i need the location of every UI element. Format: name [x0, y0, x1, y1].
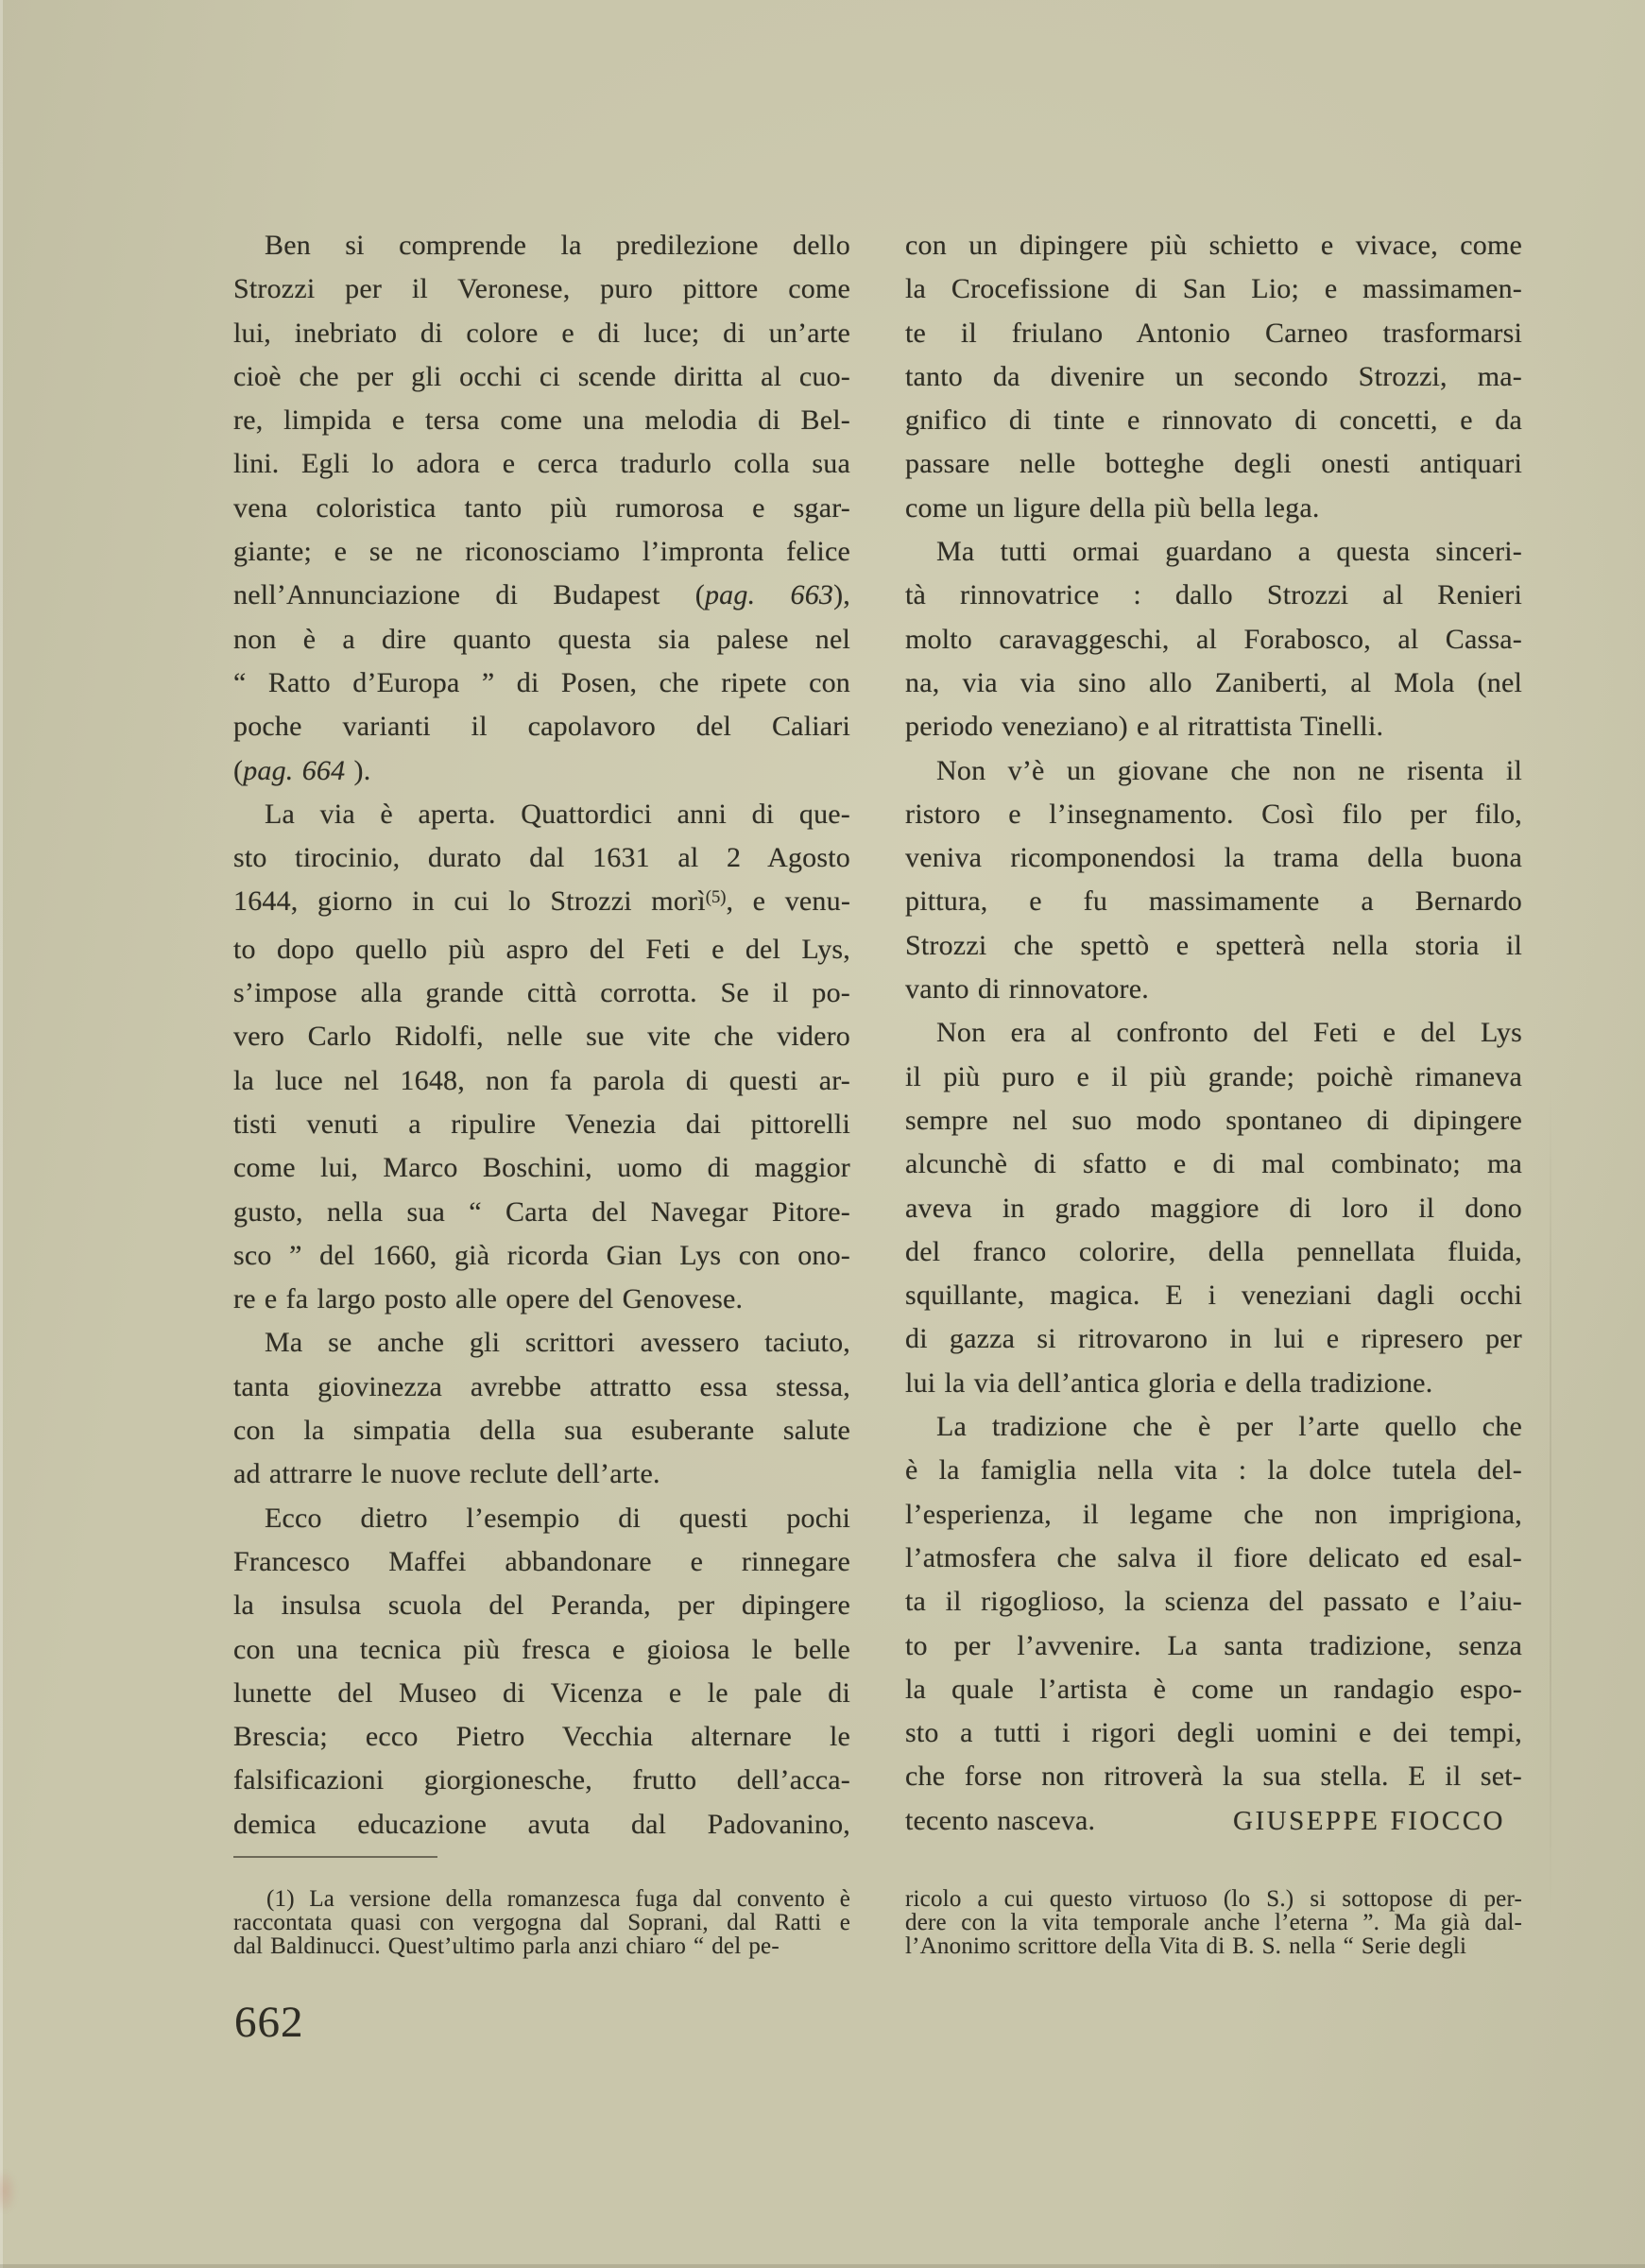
text-line: dal Baldinucci. Quest’ultimo parla anzi … [233, 1934, 850, 1958]
footnote-right-column: ricolo a cui questo virtuoso (lo S.) si … [905, 1887, 1522, 1958]
text-line: Strozzi per il Veronese, puro pittore co… [233, 267, 850, 311]
text-line: te il friulano Antonio Carneo trasformar… [905, 312, 1522, 355]
text-line: è la famiglia nella vita : la dolce tute… [905, 1449, 1522, 1492]
scan-crease [1550, 1087, 1551, 1918]
text-line: (pag. 664 ). [233, 749, 850, 793]
text-line: il più puro e il più grande; poichè rima… [905, 1056, 1522, 1099]
text-line: lunette del Museo di Vicenza e le pale d… [233, 1672, 850, 1715]
text-line: tanto da divenire un secondo Strozzi, ma… [905, 355, 1522, 399]
text-line: to per l’avvenire. La santa tradizione, … [905, 1624, 1522, 1668]
text-line: re e fa largo posto alle opere del Genov… [233, 1278, 850, 1321]
text-line: ad attrarre le nuove reclute dell’arte. [233, 1452, 850, 1496]
text-line: tanta giovinezza avrebbe attratto essa s… [233, 1366, 850, 1409]
main-text-left-column: Ben si comprende la predilezione delloSt… [233, 224, 850, 1847]
text-line: vanto di rinnovatore. [905, 968, 1522, 1011]
text-line: periodo veneziano) e al ritrattista Tine… [905, 705, 1522, 748]
text-line: gnifico di tinte e rinnovato di concetti… [905, 399, 1522, 442]
text-line: Brescia; ecco Pietro Vecchia alternare l… [233, 1715, 850, 1759]
text-line: ricolo a cui questo virtuoso (lo S.) si … [905, 1887, 1522, 1911]
text-line: La tradizione che è per l’arte quello ch… [905, 1405, 1522, 1449]
text-line: con la simpatia della sua esuberante sal… [233, 1409, 850, 1452]
text-line: tisti venuti a ripulire Venezia dai pitt… [233, 1103, 850, 1146]
text-line: to dopo quello più aspro del Feti e del … [233, 928, 850, 971]
text-line: l’Anonimo scrittore della Vita di B. S. … [905, 1934, 1522, 1958]
text-line: Strozzi che spettò e spetterà nella stor… [905, 924, 1522, 968]
text-line: vena coloristica tanto più rumorosa e sg… [233, 487, 850, 530]
text-line: falsificazioni giorgionesche, frutto del… [233, 1759, 850, 1802]
text-line: squillante, magica. E i veneziani dagli … [905, 1274, 1522, 1317]
text-line: Ecco dietro l’esempio di questi pochi [233, 1497, 850, 1540]
text-line: con un dipingere più schietto e vivace, … [905, 224, 1522, 267]
text-line: (1) La versione della romanzesca fuga da… [233, 1887, 850, 1911]
text-line: alcunchè di sfatto e di mal combinato; m… [905, 1143, 1522, 1186]
text-line: aveva in grado maggiore di loro il dono [905, 1187, 1522, 1230]
text-line: re, limpida e tersa come una melodia di … [233, 399, 850, 442]
text-line: Non v’è un giovane che non ne risenta il [905, 749, 1522, 793]
footnote-left-column: (1) La versione della romanzesca fuga da… [233, 1887, 850, 1958]
text-line: ta il rigoglioso, la scienza del passato… [905, 1580, 1522, 1624]
text-line: Ma tutti ormai guardano a questa sinceri… [905, 530, 1522, 574]
text-line: sto a tutti i rigori degli uomini e dei … [905, 1711, 1522, 1755]
author-name: GIUSEPPE FIOCCO [1233, 1799, 1505, 1843]
text-line: gusto, nella sua “ Carta del Navegar Pit… [233, 1191, 850, 1234]
footnote-separator-rule [233, 1856, 437, 1858]
text-line: veniva ricomponendosi la trama della buo… [905, 836, 1522, 880]
scan-smudge [0, 2169, 17, 2214]
text-line: molto caravaggeschi, al Forabosco, al Ca… [905, 618, 1522, 661]
text-line: nell’Annunciazione di Budapest (pag. 663… [233, 574, 850, 617]
text-line: lini. Egli lo adora e cerca tradurlo col… [233, 442, 850, 486]
text-line: la insulsa scuola del Peranda, per dipin… [233, 1584, 850, 1627]
text-line: la quale l’artista è come un randagio es… [905, 1668, 1522, 1711]
text-line: passare nelle botteghe degli onesti anti… [905, 442, 1522, 486]
text-line: “ Ratto d’Europa ” di Posen, che ripete … [233, 661, 850, 705]
text-line: vero Carlo Ridolfi, nelle sue vite che v… [233, 1015, 850, 1058]
closing-text: tecento nasceva. [905, 1799, 1095, 1843]
text-line: sto tirocinio, durato dal 1631 al 2 Agos… [233, 836, 850, 880]
text-line: dere con la vita temporale anche l’etern… [905, 1911, 1522, 1934]
text-line: come un ligure della più bella lega. [905, 487, 1522, 530]
text-line: 1644, giorno in cui lo Strozzi morì(5), … [233, 880, 850, 927]
text-line: demica educazione avuta dal Padovanino, [233, 1803, 850, 1847]
text-line: s’impose alla grande città corrotta. Se … [233, 971, 850, 1015]
text-line: la Crocefissione di San Lio; e massimame… [905, 267, 1522, 311]
text-line: come lui, Marco Boschini, uomo di maggio… [233, 1146, 850, 1190]
text-line: sempre nel suo modo spontaneo di dipinge… [905, 1099, 1522, 1143]
text-line: con una tecnica più fresca e gioiosa le … [233, 1628, 850, 1672]
main-text-right-column: con un dipingere più schietto e vivace, … [905, 224, 1522, 1843]
text-line: lui, inebriato di colore e di luce; di u… [233, 312, 850, 355]
text-line: di gazza si ritrovarono in lui e riprese… [905, 1317, 1522, 1361]
scanned-page: { "colors":{ "paper":"#c9c6ab", "paper_l… [0, 0, 1645, 2268]
text-line: na, via via sino allo Zaniberti, al Mola… [905, 661, 1522, 705]
text-line: cioè che per gli occhi ci scende diritta… [233, 355, 850, 399]
text-line: lui la via dell’antica gloria e della tr… [905, 1362, 1522, 1405]
text-line: tà rinnovatrice : dallo Strozzi al Renie… [905, 574, 1522, 617]
scan-bottom-edge [0, 2264, 1645, 2268]
text-line: Francesco Maffei abbandonare e rinnegare [233, 1540, 850, 1584]
text-line: giante; e se ne riconosciamo l’impronta … [233, 530, 850, 574]
text-line: pittura, e fu massimamente a Bernardo [905, 880, 1522, 923]
text-line: l’esperienza, il legame che non imprigio… [905, 1493, 1522, 1537]
text-line: poche varianti il capolavoro del Caliari [233, 705, 850, 748]
text-line: ristoro e l’insegnamento. Così filo per … [905, 793, 1522, 836]
text-line: la luce nel 1648, non fa parola di quest… [233, 1059, 850, 1103]
text-line: non è a dire quanto questa sia palese ne… [233, 618, 850, 661]
text-line: sco ” del 1660, già ricorda Gian Lys con… [233, 1234, 850, 1278]
text-line: Ma se anche gli scrittori avessero taciu… [233, 1321, 850, 1365]
text-line: raccontata quasi con vergogna dal Sopran… [233, 1911, 850, 1934]
text-line: l’atmosfera che salva il fiore delicato … [905, 1537, 1522, 1580]
text-line: Non era al confronto del Feti e del Lys [905, 1011, 1522, 1055]
text-line: tecento nasceva.GIUSEPPE FIOCCO [905, 1799, 1522, 1843]
text-line: che forse non ritroverà la sua stella. E… [905, 1755, 1522, 1798]
text-line: La via è aperta. Quattordici anni di que… [233, 793, 850, 836]
page-number: 662 [234, 2001, 304, 2045]
scan-left-edge [0, 0, 3, 2268]
text-line: del franco colorire, della pennellata fl… [905, 1230, 1522, 1274]
text-line: Ben si comprende la predilezione dello [233, 224, 850, 267]
